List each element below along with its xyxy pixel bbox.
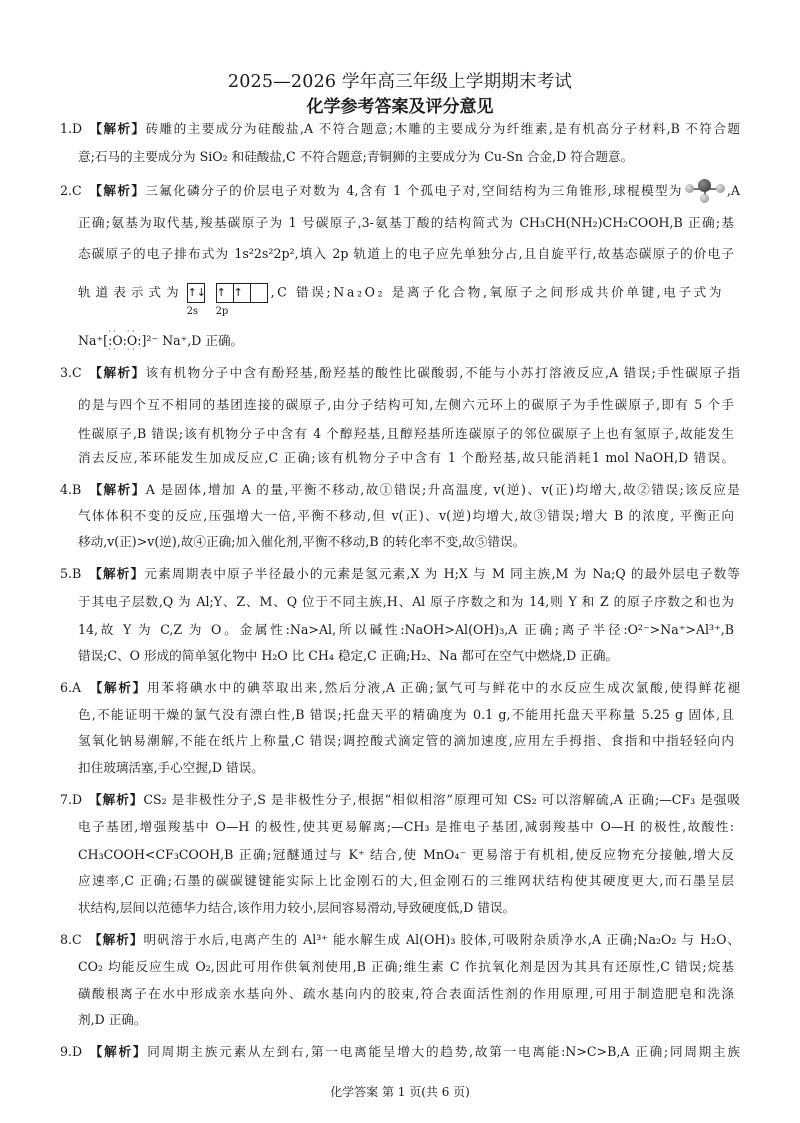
q2-line-2: 正确;氨基为取代基,羧基碳原子为 1 号碳原子,3-氨基丁酸的结构简式为 CH₃… [78,214,734,232]
q6-text: 用苯将碘水中的碘萃取出来,然后分液,A 正确;氯气可与鲜花中的水反应生成次氯酸,… [147,680,740,695]
q6-line-3: 氢氧化钠易潮解,不能在纸片上称量,C 错误;调控酸式滴定管的滴加速度,应用左手拇… [78,732,734,750]
orbital-box [251,284,267,302]
q3-line-2: 的是与四个互不相同的基团连接的碳原子,由分子结构可知,左侧六元环上的碳原子为手性… [78,396,734,414]
q5-line-1: 5.B【解析】元素周期表中原子半径最小的元素是氢元素,X 为 H;X 与 M 同… [60,565,740,583]
q7-text: CS₂ 是非极性分子,S 是非极性分子,根据“相似相溶”原理可知 CS₂ 可以溶… [143,792,740,807]
analysis-tag: 【解析】 [88,932,143,947]
analysis-tag: 【解析】 [88,792,143,807]
orbital-2s-diagram: ↑↓ 2s [187,283,205,303]
q8-line-4: 剂,D 正确。 [78,1011,734,1029]
q4-text: A 是固体,增加 A 的量,平衡不移动,故①错误;升高温度, v(逆)、v(正)… [146,482,740,497]
orbital-2p-diagram: ↑ ↑ 2p [216,283,268,303]
pf3-ball-stick-model-icon [683,183,727,201]
q4-line-3: 移动,v(正)>v(逆),故④正确;加入催化剂,平衡不移动,B 的转化率不变,故… [78,533,734,551]
q3-line-4: 消去反应,苯环能发生加成反应,C 正确;该有机物分子中含有 1 个酚羟基,故只能… [78,449,734,467]
analysis-tag: 【解析】 [88,365,146,380]
question-number: 3.C [60,364,84,382]
orbital-box: ↑ [217,284,234,302]
q9-line-1: 9.D【解析】同周期主族元素从左到右,第一电离能呈增大的趋势,故第一电离能:N>… [60,1043,740,1061]
analysis-tag: 【解析】 [88,566,144,581]
q4-line-1: 4.B【解析】A 是固体,增加 A 的量,平衡不移动,故①错误;升高温度, v(… [60,481,740,499]
q7-line-4: 应速率,C 正确;石墨的碳碳键键能实际上比金刚石的大,但金刚石的三维网状结构使其… [78,872,734,890]
q4-line-2: 气体体积不变的反应,压强增大一倍,平衡不移动,但 v(正)、v(逆)均增大,故③… [78,507,734,525]
q8-line-3: 磺酸根离子在水中形成亲水基向外、疏水基向内的胶束,符合表面活性剂的作用原理,可用… [78,985,734,1003]
q5-line-2: 于其电子层数,Q 为 Al;Y、Z、M、Q 位于不同主族,H、Al 原子序数之和… [78,593,734,611]
q5-line-3: 14,故 Y 为 C,Z 为 O。金属性:Na>Al,所以碱性:NaOH>Al(… [78,621,734,639]
q7-line-5: 状结构,层间以范德华力结合,该作用力较小,层间容易滑动,导致硬度低,D 错误。 [78,899,734,917]
q2-line-3: 态碳原子的电子排布式为 1s²2s²2p²,填入 2p 轨道上的电子应先单独分占… [78,245,734,263]
q2-orbital-label: 轨道表示式为 [78,285,184,300]
q3-line-3: 性碳原子,B 错误;该有机物分子中含有 4 个醇羟基,且醇羟基所连碳原子的邻位碳… [78,425,734,443]
question-number: 4.B [60,481,84,499]
q2-tail: ,A [727,183,740,198]
q1-line-1: 1.D【解析】砖雕的主要成分为硅酸盐,A 不符合题意;木雕的主要成分为纤维素,是… [60,120,740,138]
analysis-tag: 【解析】 [88,1044,147,1059]
q9-text: 同周期主族元素从左到右,第一电离能呈增大的趋势,故第一电离能:N>C>B,A 正… [147,1044,740,1059]
analysis-tag: 【解析】 [88,183,145,198]
question-number: 5.B [60,565,84,583]
exam-title: 2025—2026 学年高三年级上学期期末考试 [0,68,800,93]
question-number: 8.C [60,931,84,949]
orbital-label: 2s [187,303,205,321]
electron-formula-o2: O: [127,332,142,350]
orbital-box: ↑↓ [188,284,204,302]
q1-text: 砖雕的主要成分为硅酸盐,A 不符合题意;木雕的主要成分为纤维素,是有机高分子材料… [146,121,740,136]
question-number: 9.D [60,1043,84,1061]
q2-text: 三氟化磷分子的价层电子对数为 4,含有 1 个孤电子对,空间结构为三角锥形,球棍… [145,183,683,198]
q2-line-4: 轨道表示式为 ↑↓ 2s ↑ ↑ 2p ,C 错误;Na₂O₂ 是离子化合物,氧… [78,283,734,303]
q3-line-1: 3.C【解析】该有机物分子中含有酚羟基,酚羟基的酸性比碳酸弱,不能与小苏打溶液反… [60,364,740,382]
page-footer: 化学答案 第 1 页(共 6 页) [0,1083,800,1100]
q8-line-2: CO₂ 均能反应生成 O₂,因此可用作供氧剂使用,B 正确;维生素 C 作抗氧化… [78,958,734,976]
q6-line-2: 色,不能证明干燥的氯气没有漂白性,B 错误;托盘天平的精确度为 0.1 g,不能… [78,706,734,724]
q5-line-4: 错误;C、O 形成的简单氢化物中 H₂O 比 CH₄ 稳定,C 正确;H₂、Na… [78,647,734,665]
analysis-tag: 【解析】 [88,121,146,136]
question-number: 6.A [60,679,84,697]
question-number: 7.D [60,791,84,809]
q7-line-3: CH₃COOH<CF₃COOH,B 正确;冠醚通过与 K⁺ 结合,使 MnO₄⁻… [78,846,734,864]
q7-line-2: 电子基团,增强羧基中 O—H 的极性,使其更易解离;—CH₃ 是推电子基团,减弱… [78,818,734,836]
q2-line-5: Na⁺[:O:O:]²⁻ Na⁺,D 正确。 [78,332,734,350]
q7-line-1: 7.D【解析】CS₂ 是非极性分子,S 是非极性分子,根据“相似相溶”原理可知 … [60,791,740,809]
electron-formula-o1: :O: [108,332,127,350]
electron-formula-suffix: ]²⁻ Na⁺,D 正确。 [141,333,243,348]
analysis-tag: 【解析】 [88,482,146,497]
question-number: 1.D [60,120,84,138]
question-number: 2.C [60,182,84,200]
q3-text: 该有机物分子中含有酚羟基,酚羟基的酸性比碳酸弱,不能与小苏打溶液反应,A 错误;… [146,365,740,380]
q6-line-1: 6.A【解析】用苯将碘水中的碘萃取出来,然后分液,A 正确;氯气可与鲜花中的水反… [60,679,740,697]
orbital-box: ↑ [234,284,251,302]
q5-text: 元素周期表中原子半径最小的元素是氢元素,X 为 H;X 与 M 同主族,M 为 … [144,566,740,581]
doc-subtitle: 化学参考答案及评分意见 [0,92,800,117]
q1-line-2: 意;石马的主要成分为 SiO₂ 和硅酸盐,C 不符合题意;青铜狮的主要成分为 C… [78,148,734,166]
q2-line-1: 2.C【解析】三氟化磷分子的价层电子对数为 4,含有 1 个孤电子对,空间结构为… [60,182,740,201]
analysis-tag: 【解析】 [88,680,147,695]
q2-text: ,C 错误;Na₂O₂ 是离子化合物,氧原子之间形成共价单键,电子式为 [271,285,725,300]
q6-line-4: 扣住玻璃活塞,手心空握,D 错误。 [78,759,734,777]
orbital-label: 2p [216,303,268,321]
q8-text: 明矾溶于水后,电离产生的 Al³⁺ 能水解生成 Al(OH)₃ 胶体,可吸附杂质… [143,932,740,947]
electron-formula-prefix: Na⁺[ [78,333,108,348]
q8-line-1: 8.C【解析】明矾溶于水后,电离产生的 Al³⁺ 能水解生成 Al(OH)₃ 胶… [60,931,740,949]
